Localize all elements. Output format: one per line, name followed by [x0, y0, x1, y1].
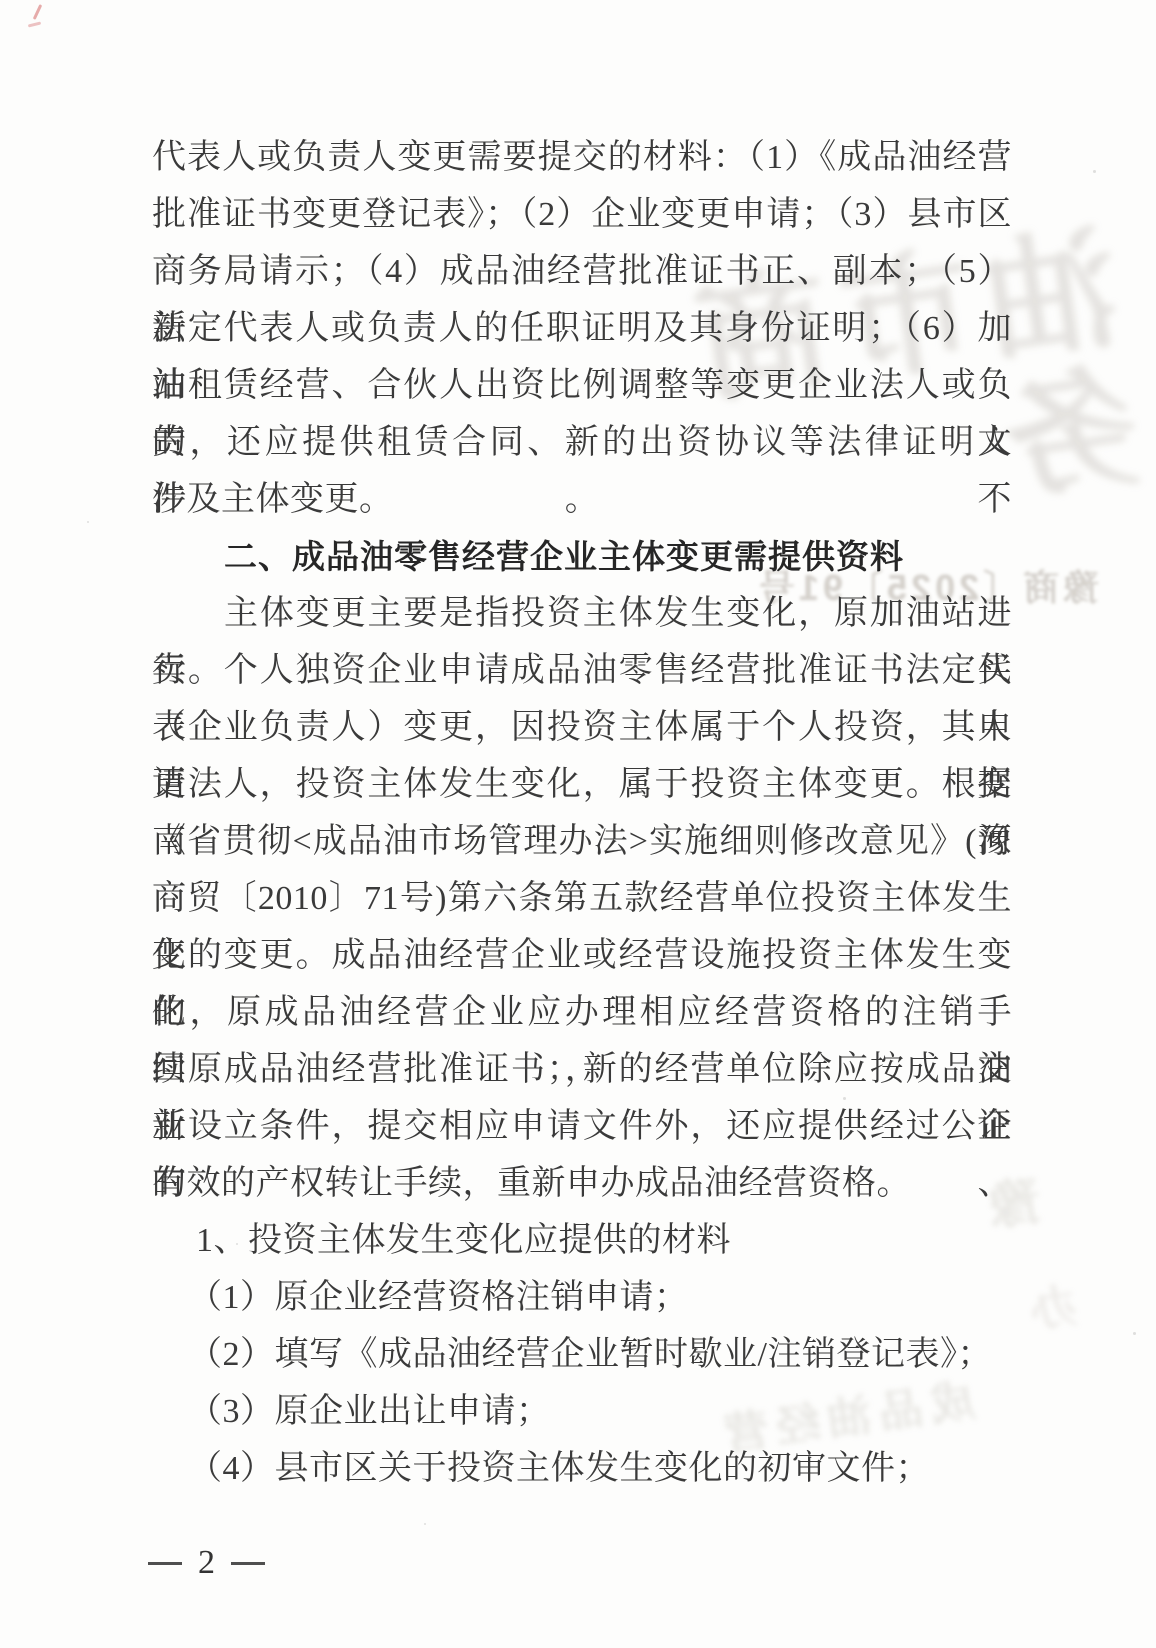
text-line: 法定代表人或负责人的任职证明及其身份证明；（6）加油	[152, 300, 1012, 357]
text-line: 的，还应提供租赁合同、新的出资协议等法律证明文件。不	[152, 414, 1012, 471]
document-body: 代表人或负责人变更需要提交的材料：（1）《成品油经营批准证书变更登记表》；（2）…	[152, 129, 1012, 1497]
text-line: 南省贯彻<成品油市场管理办法>实施细则修改意见》(豫商	[152, 813, 1012, 870]
text-line: （4）县市区关于投资主体发生变化的初审文件；	[152, 1440, 1012, 1497]
text-line: 站租赁经营、合伙人出资比例调整等变更企业法人或负责人	[152, 357, 1012, 414]
text-line: 业设立条件，提交相应申请文件外，还应提供经过公证的、	[152, 1098, 1012, 1155]
page-number-value: 2	[198, 1540, 215, 1586]
text-line: 代表人或负责人变更需要提交的材料：（1）《成品油经营	[152, 129, 1012, 186]
text-line: 批准证书变更登记表》；（2）企业变更申请；（3）县市区	[152, 186, 1012, 243]
text-line: 回原成品油经营批准证书；新的经营单位除应按成品油新企	[152, 1041, 1012, 1098]
scan-speckle	[424, 1523, 426, 1525]
page-number: 2	[148, 1540, 265, 1586]
red-pen-mark	[33, 4, 42, 20]
text-line: （2）填写《成品油经营企业暂时歇业/注销登记表》；	[152, 1326, 1012, 1383]
scanned-document-page: 油市商务 豫商〔2025〕91号 豫 成品油经营 办 代表人或负责人变更需要提交…	[0, 0, 1156, 1648]
text-line: （1）原企业经营资格注销申请；	[152, 1269, 1012, 1326]
bleed-through-ghost-mark: 办	[1026, 1269, 1081, 1341]
text-line: 商务局请示；（4）成品油经营批准证书正、副本；（5）新	[152, 243, 1012, 300]
text-line: 商贸〔2010〕71号)第六条第五款经营单位投资主体发生变	[152, 870, 1012, 927]
text-line: 1、投资主体发生变化应提供的材料	[152, 1212, 1012, 1269]
text-line: 更法人，投资主体发生变化，属于投资主体变更。根据《河	[152, 756, 1012, 813]
text-line: 化的变更。成品油经营企业或经营设施投资主体发生变化	[152, 927, 1012, 984]
text-line: 的，原成品油经营企业应办理相应经营资格的注销手续，交	[152, 984, 1012, 1041]
section-heading: 二、成品油零售经营企业主体变更需提供资料	[152, 528, 1012, 585]
text-line: 卖。个人独资企业申请成品油零售经营批准证书法定代表人	[152, 642, 1012, 699]
scan-speckle	[1133, 1332, 1136, 1335]
page-number-dash	[148, 1562, 182, 1565]
scan-speckle	[87, 521, 89, 523]
text-line: 主体变更主要是指投资主体发生变化，原加油站进行买	[152, 585, 1012, 642]
text-line: （3）原企业出让申请；	[152, 1383, 1012, 1440]
scan-speckle	[1093, 170, 1096, 173]
page-number-dash	[231, 1562, 265, 1565]
red-pen-mark	[28, 21, 41, 27]
text-line: （企业负责人）变更，因投资主体属于个人投资，其申请变	[152, 699, 1012, 756]
text-line: 有效的产权转让手续，重新申办成品油经营资格。	[152, 1155, 1012, 1212]
